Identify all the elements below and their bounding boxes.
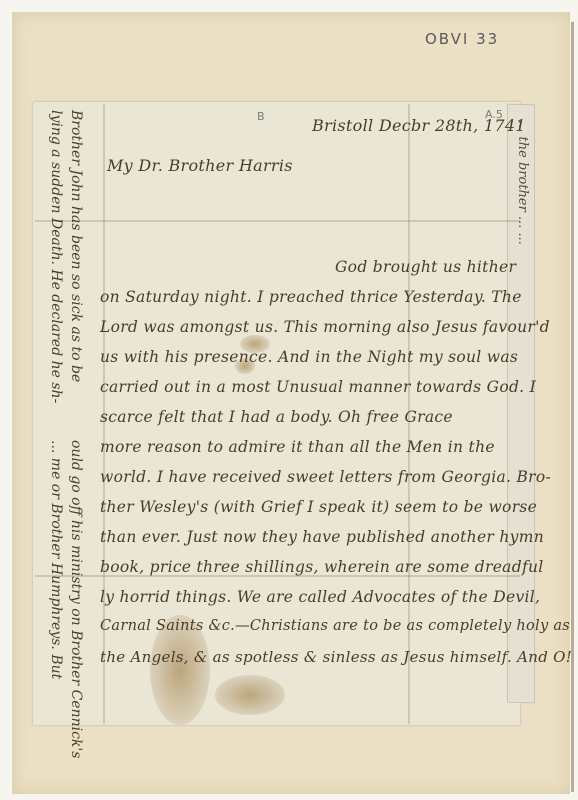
body-line: more reason to admire it than all the Me…: [100, 438, 495, 456]
body-line: than ever. Just now they have published …: [100, 528, 544, 546]
body-line: world. I have received sweet letters fro…: [100, 468, 551, 486]
body-line: on Saturday night. I preached thrice Yes…: [100, 288, 522, 306]
body-line: the Angels, & as spotless & sinless as J…: [100, 648, 572, 666]
margin-text-right: ... the brother ... ...: [515, 120, 530, 245]
body-line: ther Wesley's (with Grief I speak it) se…: [100, 498, 537, 516]
margin-text-left: ould go off his ministry on Brother Cenn…: [68, 440, 84, 758]
body-line: Carnal Saints &c.—Christians are to be a…: [100, 618, 570, 634]
margin-text-left: ... me or Brother Humphreys. But: [48, 440, 64, 679]
body-line: us with his presence. And in the Night m…: [100, 348, 518, 366]
body-line: God brought us hither: [335, 258, 516, 276]
body-line: ly horrid things. We are called Advocate…: [100, 588, 540, 606]
fold-line: [35, 220, 520, 222]
pencil-mark: B: [257, 110, 265, 123]
accession-number: OBVI 33: [425, 30, 499, 48]
margin-text-left: Brother John has been so sick as to be: [68, 110, 84, 382]
margin-text-left: lying a sudden Death. He declared he sh-: [48, 110, 64, 403]
body-line: carried out in a most Unusual manner tow…: [100, 378, 536, 396]
dateline: Bristoll Decbr 28th, 1741: [312, 116, 526, 135]
mount-edge: [571, 22, 574, 792]
body-line: scarce felt that I had a body. Oh free G…: [100, 408, 453, 426]
salutation: My Dr. Brother Harris: [107, 156, 293, 175]
body-line: Lord was amongst us. This morning also J…: [100, 318, 550, 336]
water-stain: [215, 675, 285, 715]
body-line: book, price three shillings, wherein are…: [100, 558, 544, 576]
